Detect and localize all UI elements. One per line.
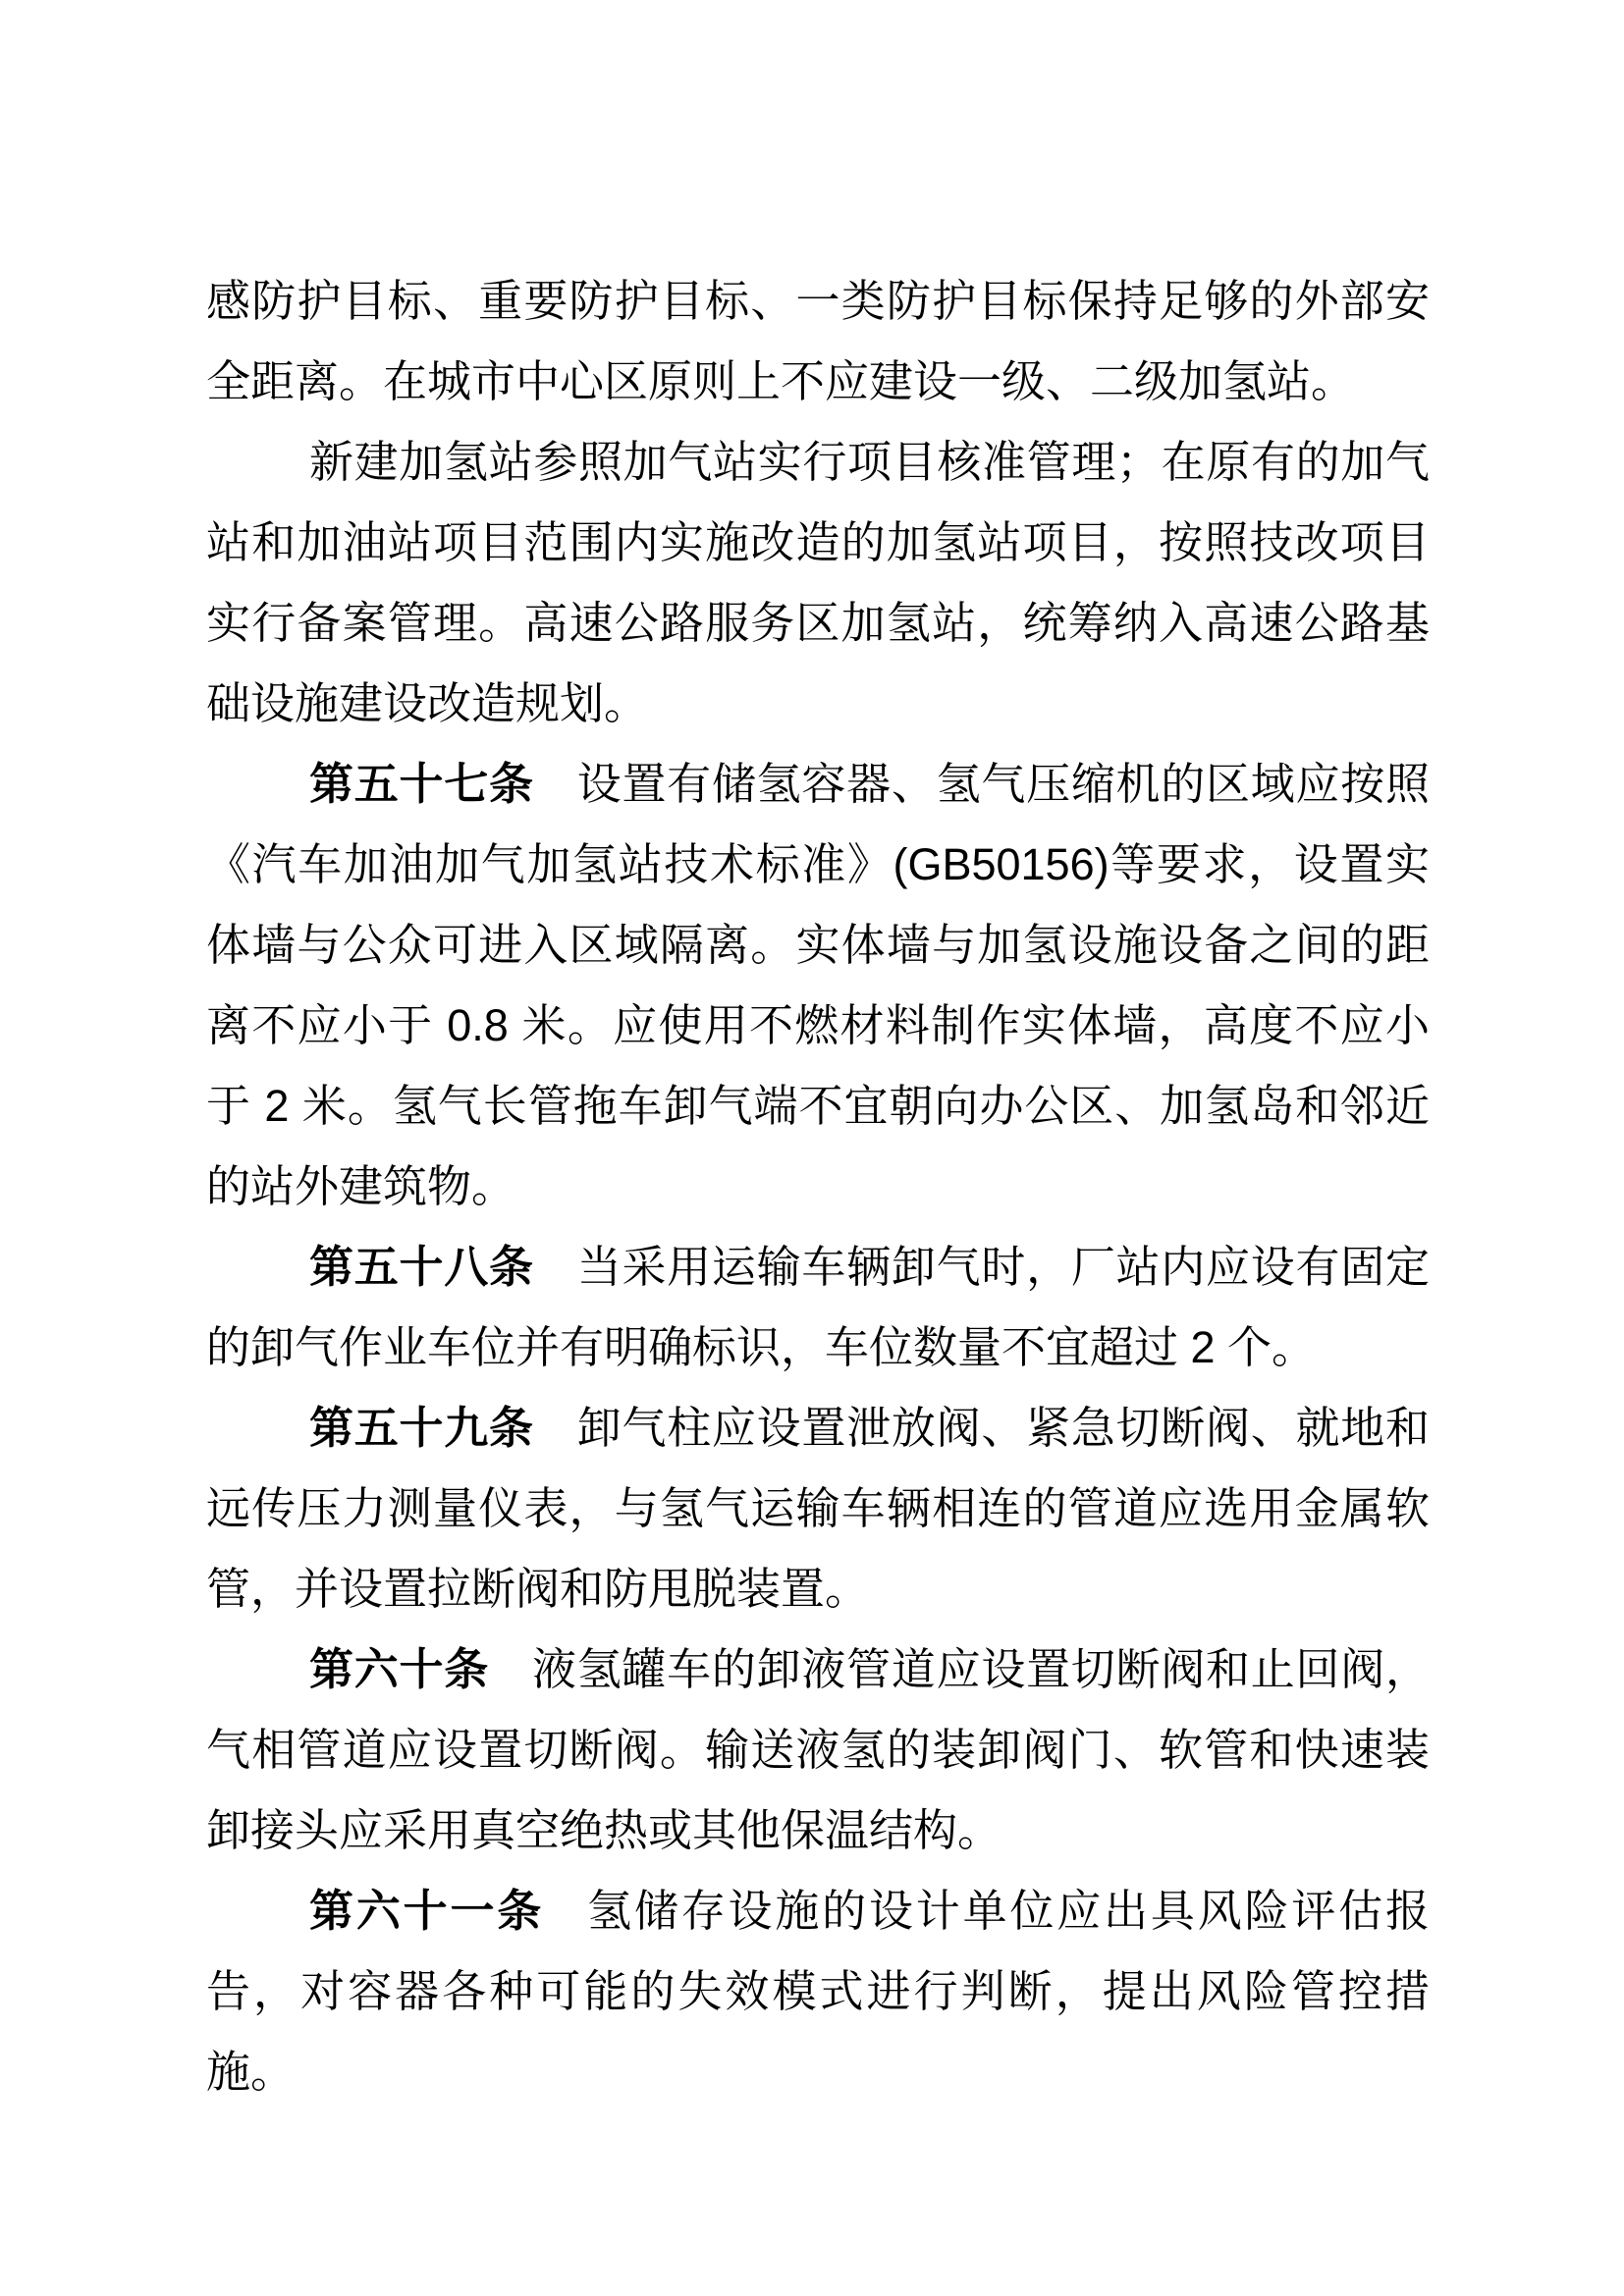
document-body: 感防护目标、重要防护目标、一类防护目标保持足够的外部安全距离。在城市中心区原则上… (206, 261, 1430, 2112)
paragraph: 第五十八条当采用运输车辆卸气时，厂站内应设有固定的卸气作业车位并有明确标识，车位… (206, 1227, 1430, 1388)
paragraph-text: 设置有储氢容器、氢气压缩机的区域应按照《汽车加油加气加氢站技术标准》(GB501… (206, 759, 1430, 1211)
article-number: 第六十一条 (309, 1886, 544, 1936)
paragraph-text: 感防护目标、重要防护目标、一类防护目标保持足够的外部安全距离。在城市中心区原则上… (206, 276, 1430, 406)
paragraph: 第六十一条氢储存设施的设计单位应出具风险评估报告，对容器各种可能的失效模式进行判… (206, 1871, 1430, 2112)
paragraph-text: 新建加氢站参照加气站实行项目核准管理；在原有的加气站和加油站项目范围内实施改造的… (206, 437, 1430, 728)
article-number: 第五十八条 (309, 1242, 534, 1292)
article-number: 第五十九条 (309, 1403, 534, 1453)
paragraph: 第五十九条卸气柱应设置泄放阀、紧急切断阀、就地和远传压力测量仪表，与氢气运输车辆… (206, 1388, 1430, 1629)
paragraph: 第五十七条设置有储氢容器、氢气压缩机的区域应按照《汽车加油加气加氢站技术标准》(… (206, 744, 1430, 1227)
paragraph: 感防护目标、重要防护目标、一类防护目标保持足够的外部安全距离。在城市中心区原则上… (206, 261, 1430, 422)
paragraph: 新建加氢站参照加气站实行项目核准管理；在原有的加气站和加油站项目范围内实施改造的… (206, 422, 1430, 744)
paragraph: 第六十条液氢罐车的卸液管道应设置切断阀和止回阀，气相管道应设置切断阀。输送液氢的… (206, 1629, 1430, 1871)
article-number: 第五十七条 (309, 759, 534, 809)
document-page: 感防护目标、重要防护目标、一类防护目标保持足够的外部安全距离。在城市中心区原则上… (0, 0, 1624, 2296)
article-number: 第六十条 (309, 1644, 489, 1694)
